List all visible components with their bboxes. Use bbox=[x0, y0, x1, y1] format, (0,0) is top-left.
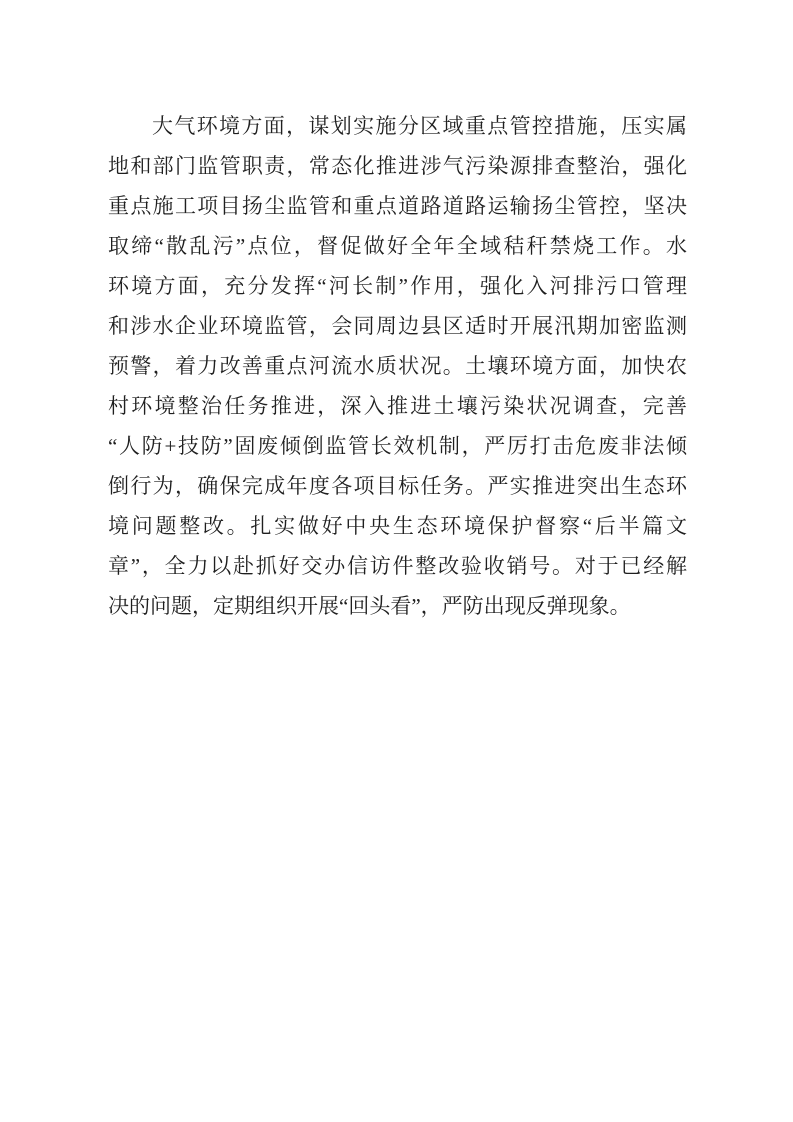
paragraph-line: 取缔“散乱污”点位，督促做好全年全域秸秆禁烧工作。水 bbox=[108, 226, 687, 266]
paragraph-line: 地和部门监管职责，常态化推进涉气污染源排查整治，强化 bbox=[108, 146, 687, 186]
paragraph-line: 村环境整治任务推进，深入推进土壤污染状况调查，完善 bbox=[108, 386, 687, 426]
paragraph-line: 境问题整改。扎实做好中央生态环境保护督察“后半篇文 bbox=[108, 506, 687, 546]
paragraph-line: 决的问题，定期组织开展“回头看”，严防出现反弹现象。 bbox=[108, 586, 687, 626]
paragraph-line: “人防+技防”固废倾倒监管长效机制，严厉打击危废非法倾 bbox=[108, 426, 687, 466]
body-paragraph: 大气环境方面，谋划实施分区域重点管控措施，压实属 地和部门监管职责，常态化推进涉… bbox=[108, 106, 687, 626]
paragraph-line: 大气环境方面，谋划实施分区域重点管控措施，压实属 bbox=[108, 106, 687, 146]
paragraph-line: 章”，全力以赴抓好交办信访件整改验收销号。对于已经解 bbox=[108, 546, 687, 586]
paragraph-line: 和涉水企业环境监管，会同周边县区适时开展汛期加密监测 bbox=[108, 306, 687, 346]
paragraph-line: 重点施工项目扬尘监管和重点道路道路运输扬尘管控，坚决 bbox=[108, 186, 687, 226]
paragraph-line: 倒行为，确保完成年度各项目标任务。严实推进突出生态环 bbox=[108, 466, 687, 506]
paragraph-line: 预警，着力改善重点河流水质状况。土壤环境方面，加快农 bbox=[108, 346, 687, 386]
document-page: 大气环境方面，谋划实施分区域重点管控措施，压实属 地和部门监管职责，常态化推进涉… bbox=[0, 0, 793, 1122]
paragraph-line: 环境方面，充分发挥“河长制”作用，强化入河排污口管理 bbox=[108, 266, 687, 306]
